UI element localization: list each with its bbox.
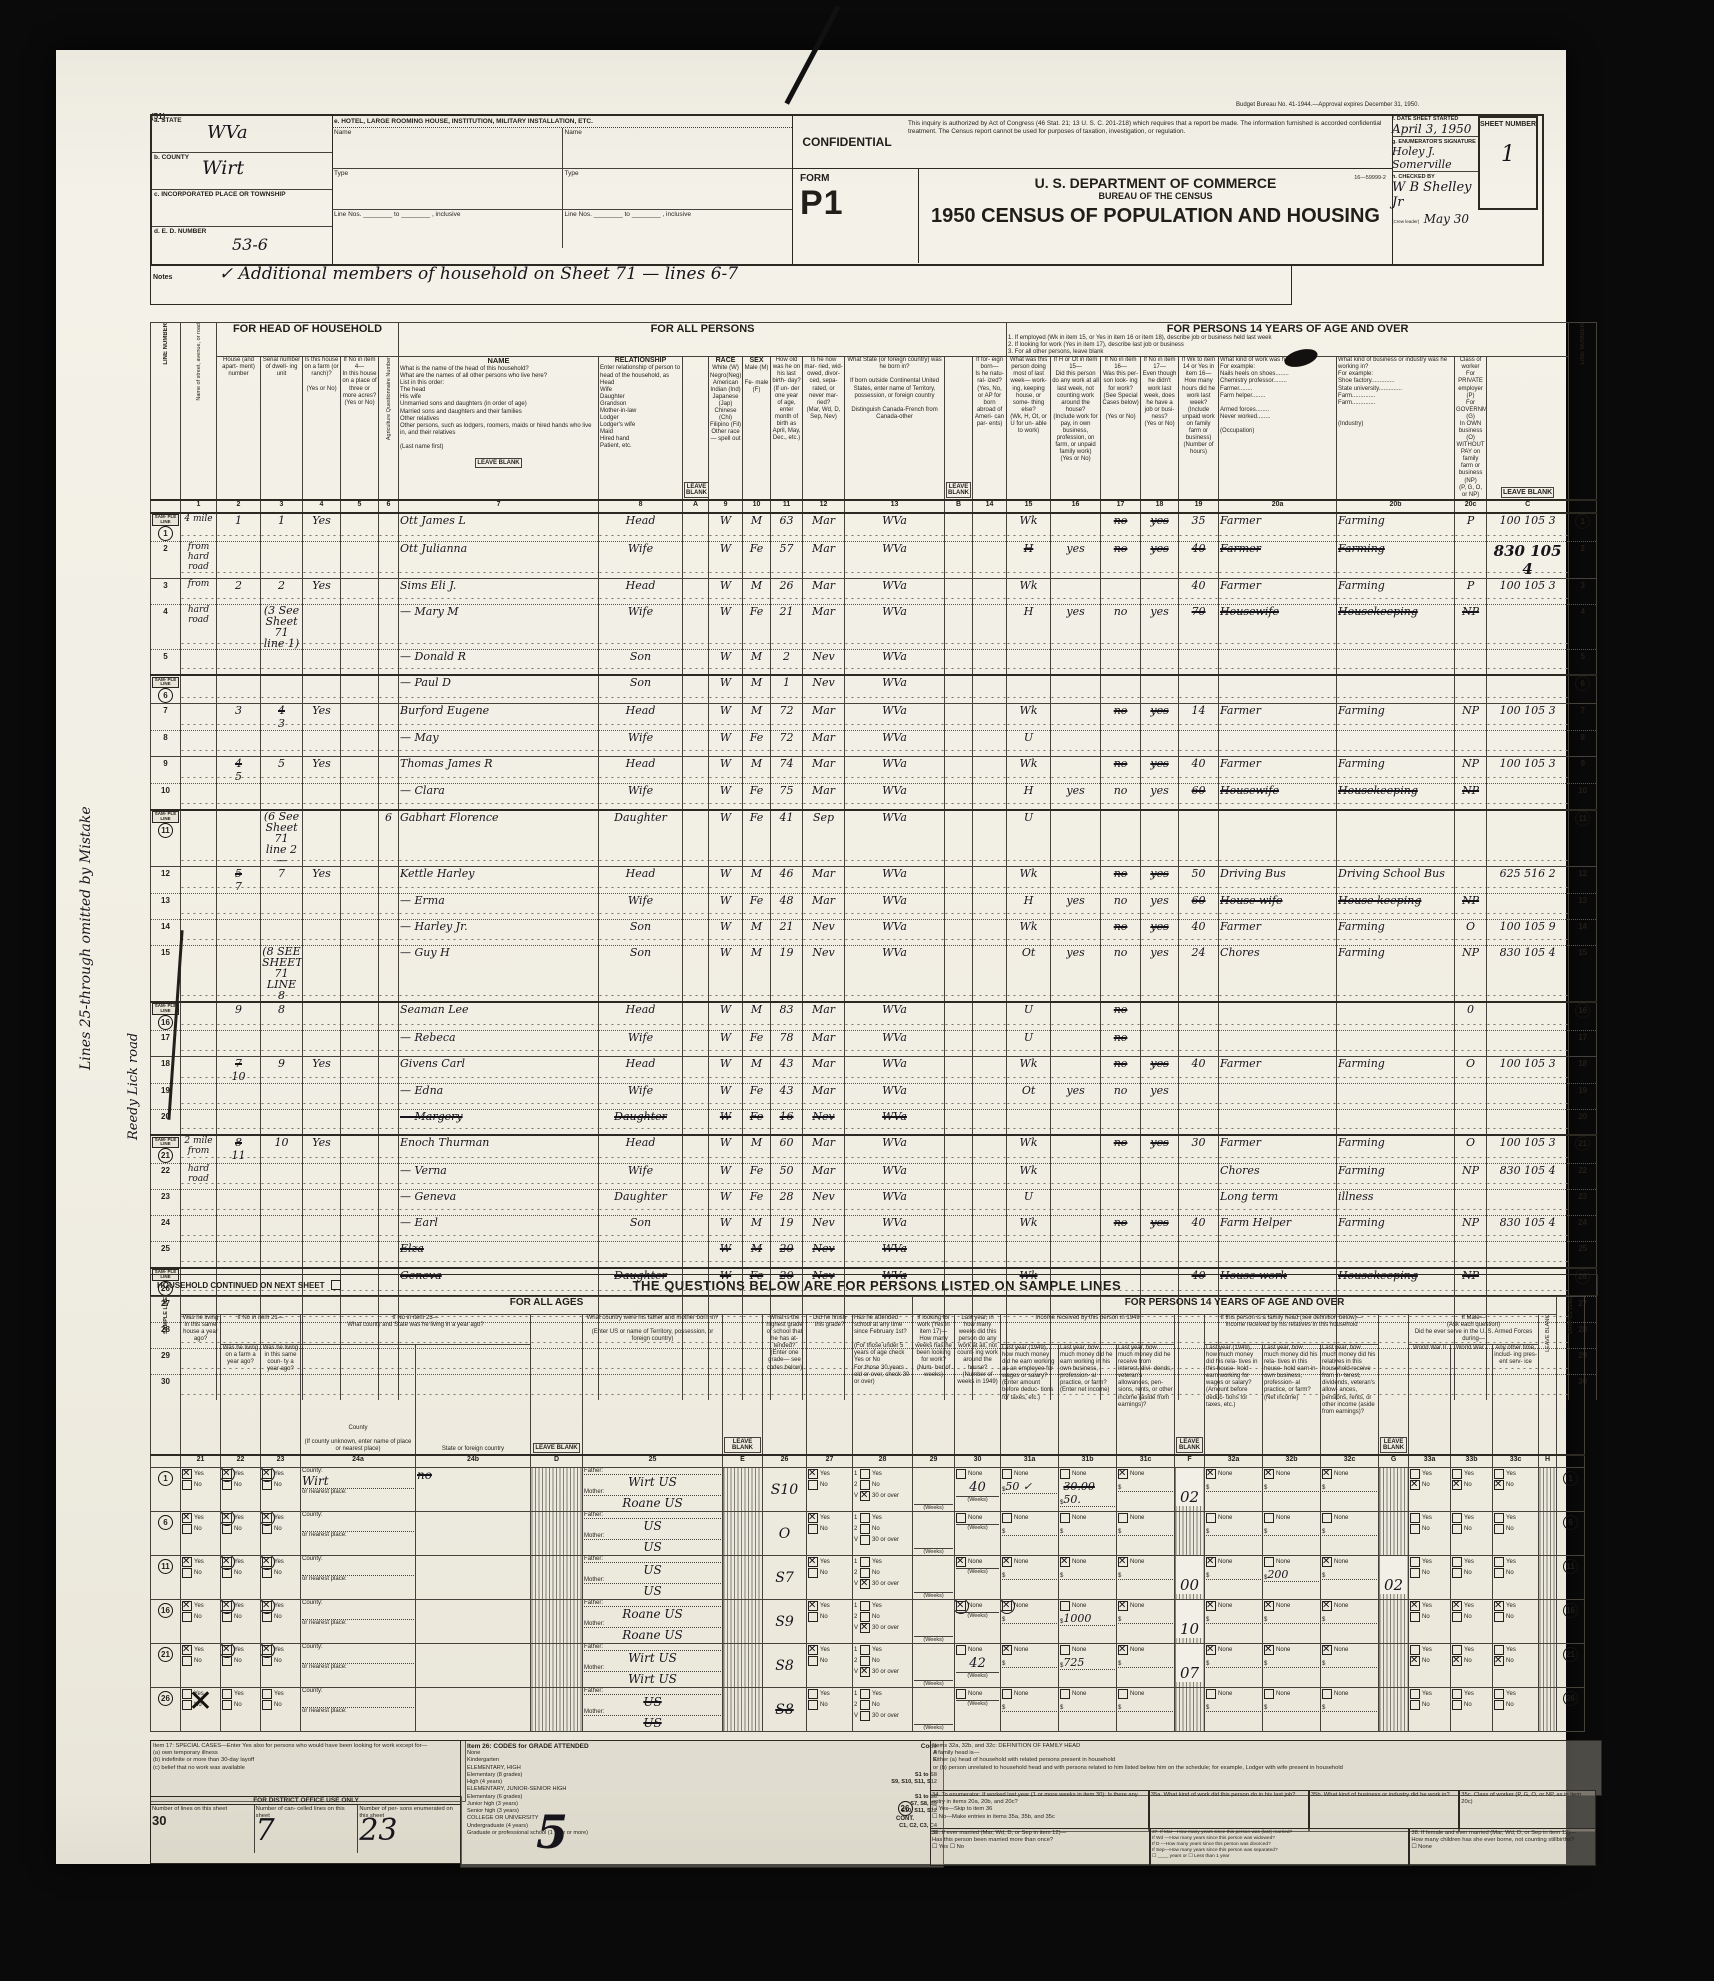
cell (303, 1002, 341, 1031)
cell-21: YesNo (181, 1556, 221, 1600)
cell: W (709, 919, 743, 945)
cell-28: 1Yes2NoV30 or over (853, 1600, 913, 1644)
cell (341, 1083, 379, 1109)
cell-31b: None$ (1059, 1556, 1117, 1600)
cell: Fe (743, 1164, 771, 1190)
column-number: 27 (807, 1455, 853, 1468)
cell (181, 649, 217, 675)
cell: W (709, 1083, 743, 1109)
cell: 19 (771, 1216, 803, 1242)
cell: 72 (771, 731, 803, 757)
cell (1179, 675, 1219, 704)
column-number: 32a (1205, 1455, 1263, 1468)
cell: — Margery (399, 1109, 599, 1135)
cell (303, 731, 341, 757)
cell-24b: no (416, 1468, 531, 1512)
cell (945, 1190, 973, 1216)
cell-29: (Weeks) (913, 1556, 955, 1600)
cell (181, 1242, 217, 1268)
cell-33b: YesNo (1451, 1688, 1493, 1732)
sample-line-number: 11 (1557, 1556, 1585, 1600)
cell-30: None42(Weeks) (955, 1644, 1001, 1688)
cell (181, 1002, 217, 1031)
cell (1007, 649, 1051, 675)
col-name-header: What is the name of the head of this hou… (400, 366, 597, 451)
line-number-cell: 7 (151, 704, 181, 731)
cell-33a: YesNo (1409, 1688, 1451, 1732)
column-number: 21 (181, 1455, 221, 1468)
grade-code-row: COLLEGE OR UNIVERSITY (467, 1815, 937, 1822)
form-number: P1 (800, 184, 910, 223)
cell (1141, 578, 1179, 604)
cell: (3 See Sheet 71line 1) (261, 604, 303, 649)
cell: M (743, 1056, 771, 1083)
cell (217, 1109, 261, 1135)
cell-d (531, 1468, 583, 1512)
col-16-header: If H or Ot in item 15— Did this person d… (1051, 357, 1101, 500)
cell (181, 675, 217, 704)
cell-24a: County:or nearest place: (301, 1688, 416, 1732)
cell: Farming (1337, 1135, 1455, 1164)
table-row: SAM- PLE LINE14 mile11YesOtt James LHead… (151, 513, 1597, 542)
cell (341, 1109, 379, 1135)
item-36-box: 36. If ever married (Mar, Wd, D, or Sep … (930, 1828, 1150, 1866)
cell: 43 (261, 704, 303, 731)
cell: Head (599, 513, 683, 542)
hotel-type-label: Type (332, 169, 350, 178)
line-number-cell: 16 (1569, 1002, 1597, 1031)
cell: 35 (1179, 513, 1219, 542)
table-row: SAM- PLE LINE212 milefrom81110YesEnoch T… (151, 1135, 1597, 1164)
cell: WVa (845, 731, 945, 757)
cell (945, 810, 973, 867)
cell (303, 893, 341, 919)
cell-f: 10 (1175, 1600, 1205, 1644)
cell: Mar (803, 784, 845, 810)
cell: Head (599, 578, 683, 604)
cell: Farmer (1219, 578, 1337, 604)
cell: WVa (845, 893, 945, 919)
cell (379, 784, 399, 810)
cell (683, 866, 709, 893)
cell: NP (1455, 945, 1487, 1002)
table-row: SAM- PLE LINE1698Seaman LeeHeadWM83MarWV… (151, 1002, 1597, 1031)
cell (303, 945, 341, 1002)
grade-codes-title: Item 26: CODES for GRADE ATTENDED (467, 1743, 589, 1750)
cell: — Geneva (399, 1190, 599, 1216)
form-header: a. STATE WVa b. COUNTY Wirt c. INCORPORA… (150, 114, 1544, 266)
cell: M (743, 649, 771, 675)
cell (217, 604, 261, 649)
column-number: H (1539, 1455, 1557, 1468)
cell (341, 1242, 379, 1268)
cell (217, 1164, 261, 1190)
cell (341, 757, 379, 784)
cell-33b: YesNo (1451, 1468, 1493, 1512)
cell: U (1007, 1190, 1051, 1216)
cell-27: YesNo (807, 1600, 853, 1644)
cell: W (709, 604, 743, 649)
sheet-number-value: 1 (1480, 142, 1536, 167)
cell: Wife (599, 1164, 683, 1190)
notes-row: Notes ✓ Additional members of household … (150, 264, 1292, 305)
margin-note: Lines 25-through omitted by Mistake (78, 806, 94, 1070)
cell: Fe (743, 893, 771, 919)
cell: no (1101, 1030, 1141, 1056)
cell: Wk (1007, 1056, 1051, 1083)
column-number: 6 (379, 500, 399, 513)
cell: Farmer (1219, 541, 1337, 578)
cell-25: Father:Wirt USMother:Wirt US (583, 1644, 723, 1688)
sample-line-number: 21 (1557, 1644, 1585, 1688)
cell-31c: None$ (1117, 1556, 1175, 1600)
col-18-header: If No in item 17— Even though he didn't … (1141, 357, 1179, 500)
cell (379, 578, 399, 604)
cell: yes (1141, 704, 1179, 731)
cell (1455, 1242, 1487, 1268)
cell: hardroad (181, 1164, 217, 1190)
cell: M (743, 757, 771, 784)
cell (683, 1002, 709, 1031)
items-34-35-band: 34. To enumerator: If worked last year (… (930, 1790, 1596, 1828)
cell: — Guy H (399, 945, 599, 1002)
cell: 830 105 4 (1487, 1216, 1569, 1242)
cell: yes (1141, 513, 1179, 542)
cell-32a: None$ (1205, 1600, 1263, 1644)
cell (379, 945, 399, 1002)
notes-value: ✓ Additional members of household on She… (219, 264, 738, 284)
hotel-type-label-2: Type (563, 169, 581, 178)
col-15-header: What was this person doing most of last … (1007, 357, 1051, 500)
line-number-cell: 12 (1569, 866, 1597, 893)
cell: 30 (1179, 1135, 1219, 1164)
cell (945, 1056, 973, 1083)
cell: Wife (599, 541, 683, 578)
group-income-person: Income received by this person in 1949 (1001, 1315, 1175, 1345)
cell (973, 893, 1007, 919)
cell: W (709, 1002, 743, 1031)
column-number: 11 (771, 500, 803, 513)
cell (1337, 810, 1455, 867)
table-row: 20— MargeryDaughterWFe16NevWVa20 (151, 1109, 1597, 1135)
cell: WVa (845, 1216, 945, 1242)
cell-22: YesNo (221, 1556, 261, 1600)
cell (973, 757, 1007, 784)
cell: Head (599, 1135, 683, 1164)
line-number-cell: 18 (151, 1056, 181, 1083)
cell: Yes (303, 513, 341, 542)
cell: Son (599, 945, 683, 1002)
cell: no (1101, 784, 1141, 810)
cell (973, 1109, 1007, 1135)
cell-32b: None$ (1263, 1512, 1321, 1556)
cell-32a: None$ (1205, 1512, 1263, 1556)
cell: yes (1141, 1135, 1179, 1164)
special-cases-box: Item 17: SPECIAL CASES—Enter Yes also fo… (150, 1740, 466, 1802)
cell: 830 105 4 (1487, 945, 1569, 1002)
cell (1487, 1242, 1569, 1268)
cell-31b: None$ (1059, 1688, 1117, 1732)
cell (341, 1056, 379, 1083)
line-number-cell: 8 (151, 731, 181, 757)
cell-f: 07 (1175, 1644, 1205, 1688)
line-number-cell: 18 (1569, 1056, 1597, 1083)
cell-21: YesNo (181, 1644, 221, 1688)
cell: W (709, 704, 743, 731)
cell: no (1101, 704, 1141, 731)
cell (1337, 1030, 1455, 1056)
cell-25: Father:USMother:US (583, 1556, 723, 1600)
cell: Mar (803, 1083, 845, 1109)
cell: Mar (803, 866, 845, 893)
cell (303, 1030, 341, 1056)
cont-line-number: 26 (898, 1801, 913, 1816)
cell: Wife (599, 731, 683, 757)
grade-code-row: Junior high (3 years)S7, S8, S9 (467, 1801, 937, 1808)
table-row: 17— RebecaWifeWFe78MarWVaUno17 (151, 1030, 1597, 1056)
cell: Mar (803, 757, 845, 784)
cell-26: S9 (763, 1600, 807, 1644)
cell: Sep (803, 810, 845, 867)
column-number: 5 (341, 500, 379, 513)
cell (217, 784, 261, 810)
cell: Yes (303, 704, 341, 731)
cell (303, 1190, 341, 1216)
cell-32b: None$ (1263, 1644, 1321, 1688)
cell: yes (1051, 893, 1101, 919)
cell: 19 (771, 945, 803, 1002)
cell: 3 (217, 704, 261, 731)
cell: yes (1141, 866, 1179, 893)
cell (1101, 810, 1141, 867)
line-number-cell: 11 (1569, 810, 1597, 867)
cell (261, 1030, 303, 1056)
sample-line-number: 16 (151, 1600, 181, 1644)
cell (379, 1109, 399, 1135)
table-row: 8— MayWifeWFe72MarWVaU8 (151, 731, 1597, 757)
cell: yes (1141, 757, 1179, 784)
cell-25: Father:USMother:US (583, 1688, 723, 1732)
cell: Yes (303, 757, 341, 784)
col-28-header: Has he attended school at any time since… (853, 1315, 913, 1455)
cell-h (1539, 1468, 1557, 1512)
cell: Nev (803, 1190, 845, 1216)
cell: Mar (803, 578, 845, 604)
cell: 40 (1179, 1216, 1219, 1242)
cell (945, 704, 973, 731)
cell: Farming (1337, 1164, 1455, 1190)
cell: 28 (771, 1190, 803, 1216)
cell (683, 1190, 709, 1216)
cell (261, 893, 303, 919)
line-number-cell: 4 (1569, 604, 1597, 649)
cell-23: YesNo (261, 1600, 301, 1644)
col-rel-title: RELATIONSHIP (600, 357, 681, 365)
col-32a-header: Last year (1949), how much money did his… (1205, 1345, 1263, 1455)
cell (945, 675, 973, 704)
sample-line-badge: SAM- PLE LINE (152, 1137, 179, 1148)
cell: Ot (1007, 1083, 1051, 1109)
cell: yes (1141, 1216, 1179, 1242)
cell: Farming (1337, 513, 1455, 542)
table-row: 3from22YesSims Eli J.HeadWM26MarWVaWk40F… (151, 578, 1597, 604)
cell: 6 (379, 810, 399, 867)
cell (379, 675, 399, 704)
cell (303, 810, 341, 867)
cell (1179, 1030, 1219, 1056)
cell (1051, 810, 1101, 867)
cell (341, 1164, 379, 1190)
cell (1337, 649, 1455, 675)
sample-line-number: 6 (1557, 1512, 1585, 1556)
cell-31c: None$ (1117, 1468, 1175, 1512)
cell: 83 (771, 1002, 803, 1031)
cell (341, 649, 379, 675)
cell: Mar (803, 731, 845, 757)
cell (341, 784, 379, 810)
cell (973, 675, 1007, 704)
cell (1455, 1109, 1487, 1135)
cell: 50 (1179, 866, 1219, 893)
cell-30: None(Weeks) (955, 1512, 1001, 1556)
group-if-no-23: If No in item 23— What county and State … (301, 1315, 531, 1345)
cell-26: S7 (763, 1556, 807, 1600)
cell (1179, 1242, 1219, 1268)
group-income-relatives: If this person is a family head (see def… (1205, 1315, 1379, 1345)
cell (683, 784, 709, 810)
table-row: 187109YesGivens CarlHeadWM43MarWVaWknoye… (151, 1056, 1597, 1083)
cell (945, 1216, 973, 1242)
cell (1051, 1030, 1101, 1056)
cell (683, 893, 709, 919)
township-label: c. INCORPORATED PLACE OR TOWNSHIP (152, 190, 288, 199)
column-number: 24b (416, 1455, 531, 1468)
column-number (1557, 1455, 1585, 1468)
cell: no (1101, 1056, 1141, 1083)
cell-31a: None$50 ✓ (1001, 1468, 1059, 1512)
cell (341, 704, 379, 731)
cell (379, 604, 399, 649)
cell: WVa (845, 1135, 945, 1164)
table-row: 2from hardroadOtt JuliannaWifeWFe57MarWV… (151, 541, 1597, 578)
cell-32c: None$ (1321, 1468, 1379, 1512)
cell-g (1379, 1512, 1409, 1556)
cell-27: YesNo (807, 1556, 853, 1600)
cell-29: (Weeks) (913, 1468, 955, 1512)
cell: Mar (803, 1135, 845, 1164)
sample-line-number: 21 (151, 1644, 181, 1688)
column-number: 30 (955, 1455, 1001, 1468)
cell (379, 1242, 399, 1268)
cell (261, 1083, 303, 1109)
column-number: D (531, 1455, 583, 1468)
cell (1141, 1164, 1179, 1190)
cell: Fe (743, 1030, 771, 1056)
sample-row: 6YesNoYesNoYesNoCounty:or nearest place:… (151, 1512, 1585, 1556)
table-row: SAM- PLE LINE6— Paul DSonWM1NevWVa6 (151, 675, 1597, 704)
cell (683, 649, 709, 675)
cell-26: S10 (763, 1468, 807, 1512)
cell: 20 (771, 1242, 803, 1268)
col-30-header: Last year, in how many weeks did this pe… (955, 1315, 1001, 1455)
column-number: 32b (1263, 1455, 1321, 1468)
cell: Farm Helper (1219, 1216, 1337, 1242)
cell (303, 784, 341, 810)
cell-27: YesNo (807, 1688, 853, 1732)
grade-code-row: None0 (467, 1750, 937, 1757)
cell (1179, 810, 1219, 867)
leave-blank-box-h: LEAVE BLANK (1545, 1315, 1551, 1352)
cell (1101, 1109, 1141, 1135)
cell: 60 (1179, 784, 1219, 810)
cell-31b: None$1000 (1059, 1600, 1117, 1644)
leave-blank-box-e: LEAVE BLANK (724, 1437, 761, 1453)
hotel-name-label-2: Name (563, 128, 584, 137)
col-33b-header: World War I (1451, 1345, 1493, 1455)
cell-22: YesNo (221, 1644, 261, 1688)
cell (1141, 731, 1179, 757)
cell: Ott Julianna (399, 541, 599, 578)
grade-code-row: Graduate or professional school (1 year … (467, 1830, 937, 1837)
cell (945, 757, 973, 784)
cell (303, 1216, 341, 1242)
cell (1487, 893, 1569, 919)
line-number-cell: 25 (151, 1242, 181, 1268)
cell: yes (1141, 1056, 1179, 1083)
line-number-cell: 13 (151, 893, 181, 919)
cell: WVa (845, 810, 945, 867)
cell: U (1007, 1002, 1051, 1031)
cell (1051, 1135, 1101, 1164)
cell (217, 649, 261, 675)
column-number: 16 (1051, 500, 1101, 513)
cell (1179, 1164, 1219, 1190)
cell-26: O (763, 1512, 807, 1556)
cell: W (709, 1164, 743, 1190)
cell: 48 (771, 893, 803, 919)
cell (217, 919, 261, 945)
cell-31c: None$ (1117, 1644, 1175, 1688)
state-value: WVa (207, 122, 248, 143)
sample-line-number: 11 (151, 1556, 181, 1600)
cell: Nev (803, 1216, 845, 1242)
cell: 830 105 4 (1487, 1164, 1569, 1190)
cell: WVa (845, 866, 945, 893)
cell: W (709, 1190, 743, 1216)
cell-22: YesNo (221, 1600, 261, 1644)
line-number-cell: 19 (1569, 1083, 1597, 1109)
cell: Fe (743, 731, 771, 757)
cell: illness (1337, 1190, 1455, 1216)
cell: yes (1141, 784, 1179, 810)
cell: 1 (217, 513, 261, 542)
cell: Housewife (1219, 784, 1337, 810)
cell-23: YesNo (261, 1556, 301, 1600)
sample-row: 16YesNoYesNoYesNoCounty:or nearest place… (151, 1600, 1585, 1644)
cell (341, 893, 379, 919)
cell: 57 (217, 866, 261, 893)
group-for-all-ages: FOR ALL AGES (181, 1297, 913, 1315)
cell: Farmer (1219, 513, 1337, 542)
cell: 74 (771, 757, 803, 784)
cell (973, 604, 1007, 649)
enumerator-signature: Holey J. Somerville (1392, 145, 1480, 172)
cell: 2 (771, 649, 803, 675)
cell (683, 675, 709, 704)
cell: M (743, 945, 771, 1002)
cell (303, 1083, 341, 1109)
col-race-title: RACE (710, 357, 741, 365)
